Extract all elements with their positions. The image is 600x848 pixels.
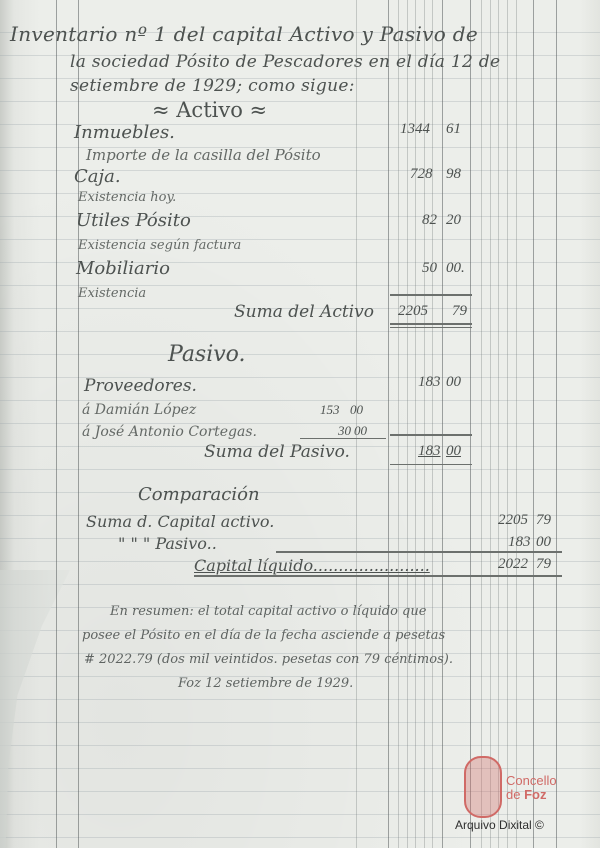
capital-liquido-cents: 79: [536, 556, 551, 573]
activo-item-note: Existencia según factura: [78, 238, 241, 253]
pasivo-item-label: Proveedores.: [84, 376, 197, 396]
column-line: [481, 0, 482, 848]
activo-total-rule: [390, 327, 472, 328]
comparacion-rule: [276, 551, 562, 553]
activo-item-label: Utiles Pósito: [76, 210, 191, 231]
column-line: [470, 0, 471, 848]
activo-item-note: Existencia hoy.: [78, 190, 176, 205]
activo-item-cents: 61: [446, 121, 461, 138]
pasivo-item-amount: 183: [418, 374, 441, 391]
activo-total-amount: 2205: [398, 303, 428, 320]
activo-total-label: Suma del Activo: [234, 302, 374, 322]
summary-line-3: # 2022.79 (dos mil veintidos. pesetas co…: [84, 652, 453, 667]
pasivo-sub-cents: 00: [354, 423, 367, 439]
column-line: [556, 0, 557, 848]
pasivo-sub-amount: 153: [320, 402, 340, 418]
pasivo-subtotal-rule: [390, 434, 472, 436]
margin-line: [56, 0, 57, 848]
title-line-3: setiembre de 1929; como sigue:: [70, 76, 355, 96]
pasivo-total-cents: 00: [446, 443, 461, 460]
column-line: [398, 0, 399, 848]
column-line: [388, 0, 389, 848]
column-line: [498, 0, 499, 848]
column-line: [442, 0, 443, 848]
activo-item-cents: 00.: [446, 260, 465, 277]
title-line-1: Inventario nº 1 del capital Activo y Pas…: [10, 22, 478, 46]
activo-item-note: Existencia: [78, 286, 146, 301]
comparacion-row-cents: 00: [536, 534, 551, 551]
comparacion-row-label: Suma d. Capital activo.: [86, 512, 274, 531]
archive-credit: Arquivo Dixital ©: [455, 818, 544, 832]
activo-item-label: Inmuebles.: [74, 122, 175, 143]
logo-line-2-prefix: de: [506, 787, 524, 802]
pasivo-total-rule: [390, 464, 472, 465]
column-line: [516, 0, 517, 848]
pasivo-sub-amount: 30: [338, 423, 351, 439]
summary-line-1: En resumen: el total capital activo o lí…: [110, 604, 426, 619]
pasivo-sub-rule: [300, 438, 386, 439]
capital-liquido-label: Capital líquido.......................: [194, 556, 430, 575]
activo-item-cents: 20: [446, 212, 461, 229]
column-line: [432, 0, 433, 848]
comparacion-heading: Comparación: [138, 484, 260, 505]
activo-item-label: Mobiliario: [76, 258, 170, 279]
activo-total-cents: 79: [452, 303, 467, 320]
ship-crest-icon: [464, 756, 502, 818]
pasivo-total-label: Suma del Pasivo.: [204, 442, 350, 462]
comparacion-row-amount: 183: [508, 534, 531, 551]
activo-item-label: Caja.: [74, 166, 121, 187]
activo-item-amount: 728: [410, 166, 433, 183]
activo-item-amount: 50: [422, 260, 437, 277]
comparacion-row-label: " " " Pasivo..: [118, 534, 217, 553]
title-line-2: la sociedad Pósito de Pescadores en el d…: [70, 52, 500, 72]
activo-heading: ≈ Activo ≈: [152, 98, 267, 122]
summary-line-2: posee el Pósito en el día de la fecha as…: [82, 628, 445, 643]
pasivo-heading: Pasivo.: [168, 342, 246, 367]
pasivo-sub-cents: 00: [350, 402, 363, 418]
column-line: [533, 0, 534, 848]
logo-line-2-bold: Foz: [524, 787, 546, 802]
column-line: [507, 0, 508, 848]
pasivo-total-amount: 183: [418, 443, 441, 460]
ledger-page: Inventario nº 1 del capital Activo y Pas…: [0, 0, 600, 848]
activo-item-cents: 98: [446, 166, 461, 183]
logo-text: Concello de Foz: [506, 774, 557, 802]
activo-item-amount: 82: [422, 212, 437, 229]
activo-item-note: Importe de la casilla del Pósito: [86, 146, 321, 164]
pasivo-sub-label: á José Antonio Cortegas.: [82, 424, 257, 440]
capital-liquido-rule: [194, 575, 562, 577]
summary-date: Foz 12 setiembre de 1929.: [178, 676, 353, 691]
column-line: [490, 0, 491, 848]
activo-subtotal-rule: [390, 294, 472, 296]
activo-item-amount: 1344: [400, 121, 430, 138]
comparacion-row-cents: 79: [536, 512, 551, 529]
capital-liquido-amount: 2022: [498, 556, 528, 573]
pasivo-item-cents: 00: [446, 374, 461, 391]
logo-line-1: Concello: [506, 773, 557, 788]
pasivo-sub-label: á Damián López: [82, 402, 196, 418]
comparacion-row-amount: 2205: [498, 512, 528, 529]
activo-total-rule: [390, 323, 472, 325]
